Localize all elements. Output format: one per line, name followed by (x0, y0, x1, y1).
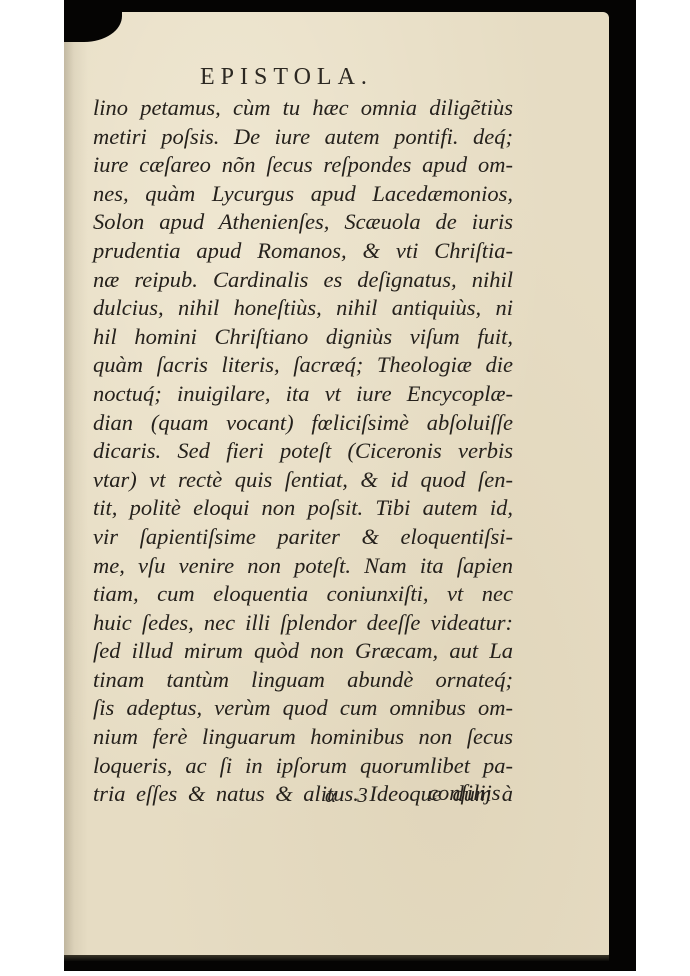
text-line: dulcius, nihil honeſtiùs, nihil antiquiù… (93, 294, 513, 323)
text-line: næ reipub. Cardinalis es deſignatus, nih… (93, 266, 513, 295)
text-line: tinam tantùm linguam abundè ornateq́; (93, 666, 513, 695)
body-text: lino petamus, cùm tu hæc omnia diligẽtiù… (93, 94, 513, 809)
text-line: prudentia apud Romanos, & vti Chriſtia- (93, 237, 513, 266)
text-line: nium ferè linguarum hominibus non ſecus (93, 723, 513, 752)
page-bottom-edge (64, 955, 609, 961)
text-line: metiri poſsis. De iure autem pontifi. de… (93, 123, 513, 152)
text-line: huic ſedes, nec illi ſplendor deeſſe vid… (93, 609, 513, 638)
text-line: dicaris. Sed fieri poteſt (Ciceronis ver… (93, 437, 513, 466)
text-line: me, vſu venire non poteſt. Nam ita ſapie… (93, 552, 513, 581)
text-line: loqueris, ac ſi in ipſorum quorumlibet p… (93, 752, 513, 781)
running-head: EPISTOLA. (200, 64, 405, 91)
text-line: tit, politè eloqui non poſsit. Tibi aute… (93, 494, 513, 523)
text-line: dian (quam vocant) fœliciſsimè abſoluiſſ… (93, 409, 513, 438)
text-line: tiam, cum eloquentia coniunxiſti, vt nec (93, 580, 513, 609)
text-line: hil homini Chriſtiano digniùs viſum fuit… (93, 323, 513, 352)
text-line: nes, quàm Lycurgus apud Lacedæmonios, (93, 180, 513, 209)
catchword: conſilijs (428, 780, 501, 806)
text-line: vtar) vt rectè quis ſentiat, & id quod ſ… (93, 466, 513, 495)
text-line: lino petamus, cùm tu hæc omnia diligẽtiù… (93, 94, 513, 123)
text-line: noctuq́; inuigilare, ita vt iure Encycop… (93, 380, 513, 409)
text-line: ſed illud mirum quòd non Græcam, aut La (93, 637, 513, 666)
text-line: vir ſapientiſsime pariter & eloquentiſsi… (93, 523, 513, 552)
text-line: ſis adeptus, verùm quod cum omnibus om- (93, 694, 513, 723)
text-line: quàm ſacris literis, ſacræq́; Theologiæ … (93, 351, 513, 380)
text-line: iure cæſareo nõn ſecus reſpondes apud om… (93, 151, 513, 180)
text-line: Solon apud Athenienſes, Scæuola de iuris (93, 208, 513, 237)
signature-mark: α 3 (325, 783, 368, 808)
